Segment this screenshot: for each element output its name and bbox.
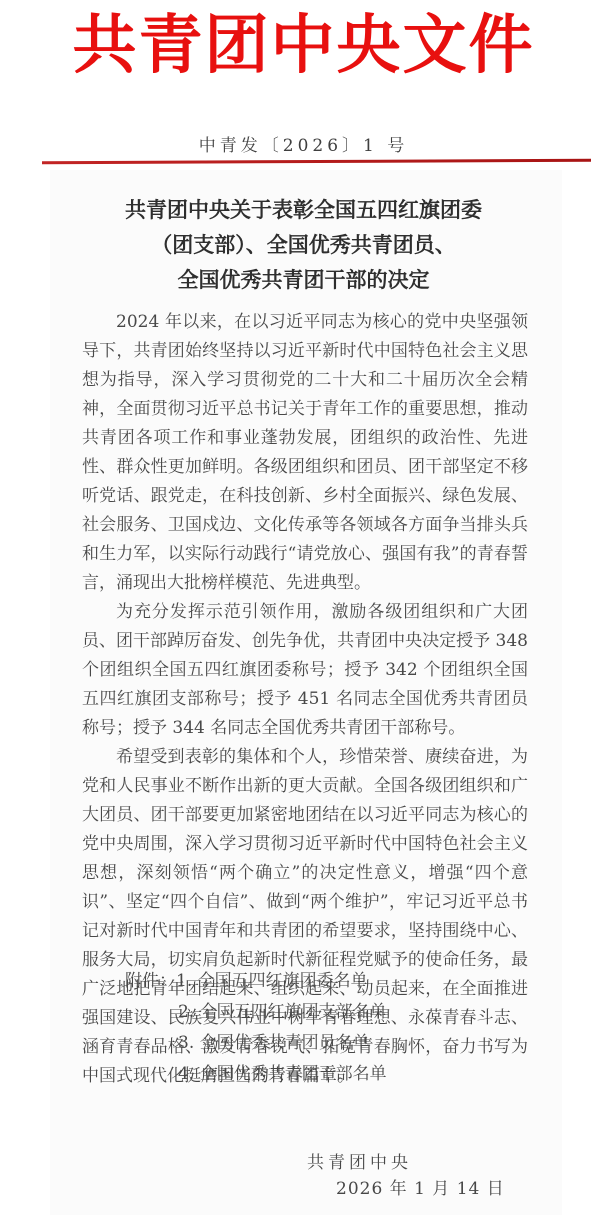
letterhead-title: 共青团中央文件 — [0, 0, 607, 92]
attachment-row-3: 3. 全国优秀共青团员名单 — [82, 1028, 528, 1059]
document-title-line-1: 共青团中央关于表彰全国五四红旗团委 — [60, 192, 547, 227]
red-divider-rule — [42, 159, 591, 164]
body-paragraph-1: 2024 年以来，在以习近平同志为核心的党中央坚强领导下，共青团始终坚持以习近平… — [82, 308, 528, 598]
attachment-item-3: 3. 全国优秀共青团员名单 — [178, 1028, 370, 1059]
document-title-line-3: 全国优秀共青团干部的决定 — [60, 262, 547, 297]
attachment-item-1: 1. 全国五四红旗团委名单 — [176, 966, 368, 997]
signature-block: 共青团中央 2026 年 1 月 14 日 — [0, 1150, 607, 1202]
document-title-line-2: （团支部）、全国优秀共青团员、 — [60, 227, 547, 262]
attachment-row-4: 4. 全国优秀共青团干部名单 — [82, 1059, 528, 1090]
attachment-row-2: 2. 全国五四红旗团支部名单 — [82, 997, 528, 1028]
document-title: 共青团中央关于表彰全国五四红旗团委 （团支部）、全国优秀共青团员、 全国优秀共青… — [60, 192, 547, 297]
attachment-item-4: 4. 全国优秀共青团干部名单 — [178, 1059, 387, 1090]
signature-date: 2026 年 1 月 14 日 — [336, 1176, 607, 1202]
document-number: 中青发〔2026〕1 号 — [0, 131, 607, 156]
attachment-item-2: 2. 全国五四红旗团支部名单 — [178, 997, 387, 1028]
attachments-list: 附件： 1. 全国五四红旗团委名单 2. 全国五四红旗团支部名单 3. 全国优秀… — [82, 966, 528, 1090]
body-paragraph-2: 为充分发挥示范引领作用，激励各级团组织和广大团员、团干部踔厉奋发、创先争优，共青… — [82, 598, 528, 743]
attachments-label: 附件： — [82, 966, 176, 997]
attachment-row-1: 附件： 1. 全国五四红旗团委名单 — [82, 966, 528, 997]
signature-organization: 共青团中央 — [307, 1150, 607, 1176]
document-page: 共青团中央文件 中青发〔2026〕1 号 共青团中央关于表彰全国五四红旗团委 （… — [0, 0, 607, 1215]
